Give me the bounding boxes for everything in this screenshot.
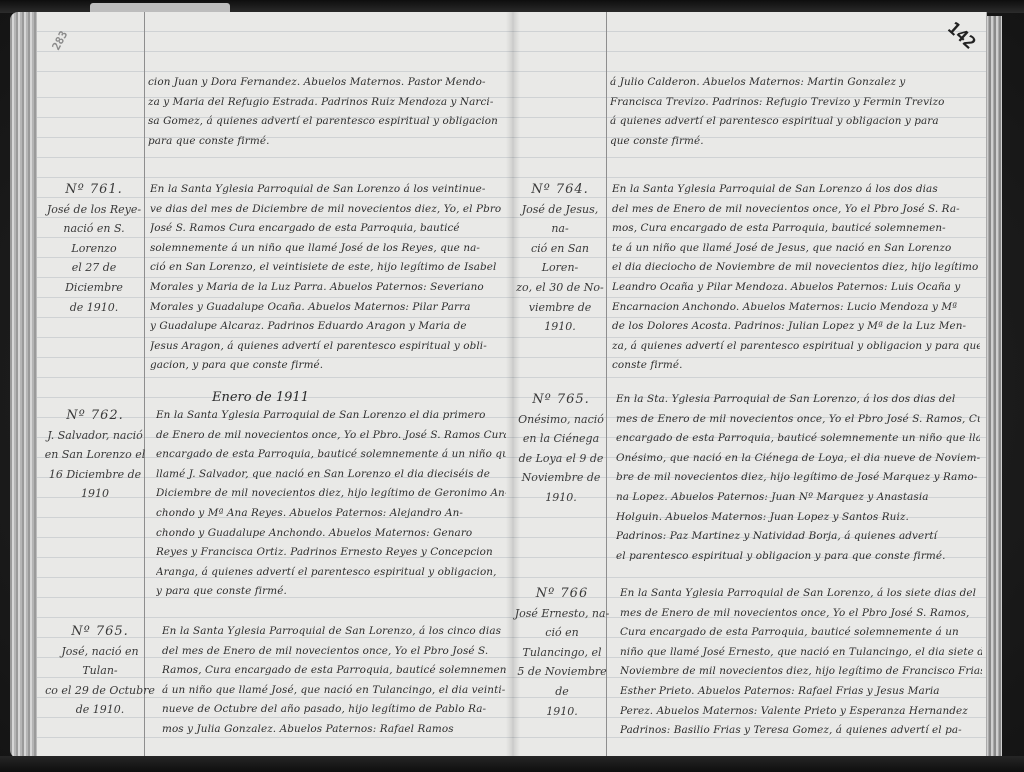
entry-number: Nº 765. [512,390,610,410]
margin-line: Noviembre de [512,468,610,488]
text-line: Francisca Trevizo. Padrinos: Refugio Tre… [610,93,980,113]
text-line: za y Maria del Refugio Estrada. Padrinos… [148,93,500,113]
text-line: ció en San Lorenzo, el veintisiete de es… [150,258,502,278]
entry-body-761: En la Santa Yglesia Parroquial de San Lo… [150,180,502,376]
text-line: En la Santa Yglesia Parroquial de San Lo… [156,406,506,426]
text-line: para que conste firmé. [148,132,500,152]
text-line: En la Santa Yglesia Parroquial de San Lo… [162,622,506,642]
text-line: Aranga, á quienes advertí el parentesco … [156,563,506,583]
text-line: el dia dieciocho de Noviembre de mil nov… [612,258,980,278]
text-line: á quienes advertí el parentesco espiritu… [610,112,980,132]
margin-line: J. Salvador, nació [40,426,150,446]
left-continuation-text: cion Juan y Dora Fernandez. Abuelos Mate… [148,73,500,151]
text-line: Reyes y Francisca Ortiz. Padrinos Ernest… [156,543,506,563]
text-line: sa Gomez, á quienes advertí el parentesc… [148,112,500,132]
text-line: nueve de Octubre del año pasado, hijo le… [162,700,506,720]
text-line: llamé J. Salvador, que nació en San Lore… [156,465,506,485]
entry-number: Nº 764. [512,180,608,200]
margin-line: viembre de 1910. [512,298,608,337]
bottom-shadow [0,756,1024,772]
text-line: Encarnacion Anchondo. Abuelos Maternos: … [612,298,980,318]
text-line: cion Juan y Dora Fernandez. Abuelos Mate… [148,73,500,93]
text-line: na Lopez. Abuelos Paternos: Juan Nº Marq… [616,488,980,508]
entry-margin-762: Nº 762. J. Salvador, nació en San Lorenz… [40,406,150,504]
text-line: del mes de Enero de mil novecientos once… [162,642,506,662]
text-line: encargado de esta Parroquia, bauticé sol… [156,445,506,465]
entry-body-766: En la Santa Yglesia Parroquial de San Lo… [620,584,982,741]
entry-body-764: En la Santa Yglesia Parroquial de San Lo… [612,180,980,376]
entry-body-765-right: En la Sta. Yglesia Parroquial de San Lor… [616,390,980,566]
text-line: de Enero de mil novecientos once, Yo el … [156,426,506,446]
text-line: conste firmé. [612,356,980,376]
margin-line: de 1910. [44,700,156,720]
text-line: el parentesco espiritual y obligacion y … [616,547,980,567]
text-line: Padrinos: Basilio Frias y Teresa Gomez, … [620,721,982,741]
margin-line: Onésimo, nació [512,410,610,430]
text-line: á un niño que llamé José, que nació en T… [162,681,506,701]
text-line: del mes de Enero de mil novecientos once… [612,200,980,220]
margin-line: 16 Diciembre de 1910 [40,465,150,504]
text-line: chondo y Guadalupe Anchondo. Abuelos Mat… [156,524,506,544]
text-line: za, á quienes advertí el parentesco espi… [612,337,980,357]
entry-number: Nº 761. [44,180,144,200]
entry-margin-761: Nº 761. José de los Reye- nació en S. Lo… [44,180,144,317]
text-line: de los Dolores Acosta. Padrinos: Julian … [612,317,980,337]
margin-line: José de Jesus, na- [512,200,608,239]
entry-margin-765-right: Nº 765. Onésimo, nació en la Ciénega de … [512,390,610,508]
margin-line: nació en S. Lorenzo [44,219,144,258]
text-line: En la Santa Yglesia Parroquial de San Lo… [150,180,502,200]
text-line: José S. Ramos Cura encargado de esta Par… [150,219,502,239]
margin-line: 1910. [512,488,610,508]
text-line: Cura encargado de esta Parroquia, bautic… [620,623,982,643]
text-line: Onésimo, que nació en la Ciénega de Loya… [616,449,980,469]
text-line: Jesus Aragon, á quienes advertí el paren… [150,337,502,357]
text-line: mos y Julia Gonzalez. Abuelos Paternos: … [162,720,506,740]
text-line: Holguin. Abuelos Maternos: Juan Lopez y … [616,508,980,528]
margin-line: en la Ciénega [512,429,610,449]
margin-line: ció en San Loren- [512,239,608,278]
margin-line: José Ernesto, na- [512,604,612,624]
entry-margin-765-left: Nº 765. José, nació en Tulan- co el 29 d… [44,622,156,720]
margin-line: en San Lorenzo el [40,445,150,465]
text-line: Ramos, Cura encargado de esta Parroquia,… [162,661,506,681]
text-line: niño que llamé José Ernesto, que nació e… [620,643,982,663]
text-line: á Julio Calderon. Abuelos Maternos: Mart… [610,73,980,93]
text-line: solemnemente á un niño que llamé José de… [150,239,502,259]
right-continuation-text: á Julio Calderon. Abuelos Maternos: Mart… [610,73,980,151]
entry-body-765-left: En la Santa Yglesia Parroquial de San Lo… [162,622,506,740]
entry-number: Nº 762. [40,406,150,426]
book-scan: 283 142 cion Juan y Dora Fernandez. Abue… [0,0,1024,772]
margin-line: co el 29 de Octubre [44,681,156,701]
text-line: chondo y Mª Ana Reyes. Abuelos Paternos:… [156,504,506,524]
text-line: ve dias del mes de Diciembre de mil nove… [150,200,502,220]
entry-margin-766: Nº 766 José Ernesto, na- ció en Tulancin… [512,584,612,721]
entry-number: Nº 766 [512,584,612,604]
text-line: En la Santa Yglesia Parroquial de San Lo… [620,584,982,604]
margin-line: ció en Tulancingo, el [512,623,612,662]
margin-line: de Loya el 9 de [512,449,610,469]
text-line: encargado de esta Parroquia, bauticé sol… [616,429,980,449]
text-line: gacion, y para que conste firmé. [150,356,502,376]
margin-line: el 27 de Diciembre [44,258,144,297]
entry-margin-764: Nº 764. José de Jesus, na- ció en San Lo… [512,180,608,337]
text-line: Morales y Maria de la Luz Parra. Abuelos… [150,278,502,298]
text-line: Esther Prieto. Abuelos Paternos: Rafael … [620,682,982,702]
text-line: Padrinos: Paz Martinez y Natividad Borja… [616,527,980,547]
margin-line: 1910. [512,702,612,722]
text-line: y para que conste firmé. [156,582,506,602]
text-line: En la Sta. Yglesia Parroquial de San Lor… [616,390,980,410]
text-line: bre de mil novecientos diez, hijo legíti… [616,468,980,488]
text-line: mes de Enero de mil novecientos once, Yo… [616,410,980,430]
margin-line: José de los Reye- [44,200,144,220]
margin-line: zo, el 30 de No- [512,278,608,298]
text-line: que conste firmé. [610,132,980,152]
text-line: y Guadalupe Alcaraz. Padrinos Eduardo Ar… [150,317,502,337]
text-line: En la Santa Yglesia Parroquial de San Lo… [612,180,980,200]
text-line: Leandro Ocaña y Pilar Mendoza. Abuelos P… [612,278,980,298]
text-line: Perez. Abuelos Maternos: Valente Prieto … [620,702,982,722]
text-line: mos, Cura encargado de esta Parroquia, b… [612,219,980,239]
margin-line: de 1910. [44,298,144,318]
margin-line: José, nació en Tulan- [44,642,156,681]
text-line: Diciembre de mil novecientos diez, hijo … [156,484,506,504]
margin-line: 5 de Noviembre de [512,662,612,701]
text-line: Noviembre de mil novecientos diez, hijo … [620,662,982,682]
entry-number: Nº 765. [44,622,156,642]
text-line: te á un niño que llamé José de Jesus, qu… [612,239,980,259]
entry-body-762: En la Santa Yglesia Parroquial de San Lo… [156,406,506,602]
text-line: mes de Enero de mil novecientos once, Yo… [620,604,982,624]
text-line: Morales y Guadalupe Ocaña. Abuelos Mater… [150,298,502,318]
section-heading: Enero de 1911 [212,390,309,405]
